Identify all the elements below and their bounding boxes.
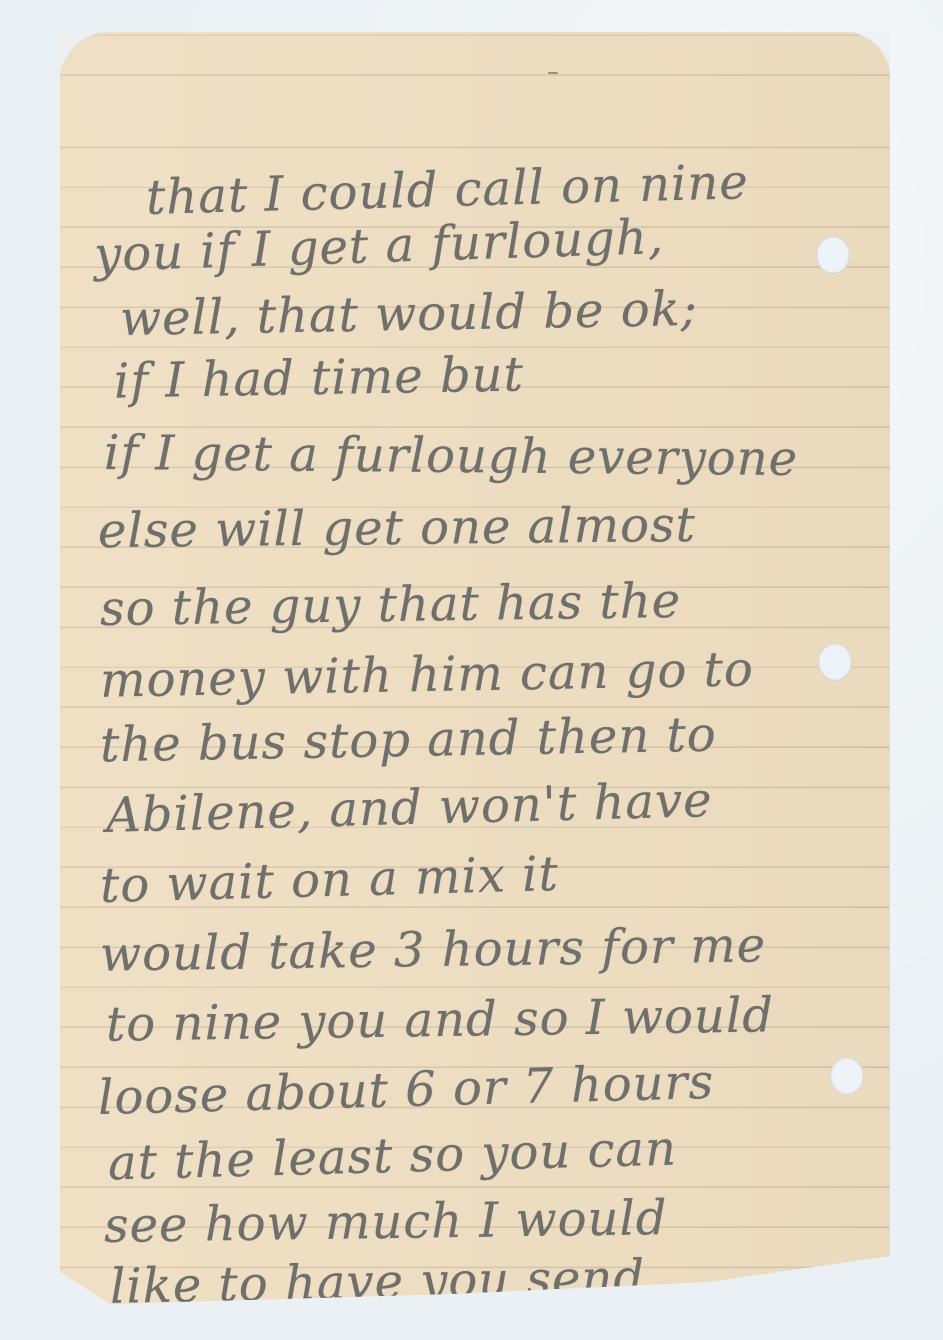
text-line-9: the bus stop and then to bbox=[100, 707, 718, 774]
text-line-16: see how much I would bbox=[104, 1190, 668, 1254]
text-line-15: at the least so you can bbox=[107, 1121, 677, 1192]
handwritten-text: that I could call on nine you if I get a… bbox=[60, 32, 890, 1304]
text-line-7: so the guy that has the bbox=[100, 573, 682, 637]
text-line-10: Abilene, and won't have bbox=[105, 772, 713, 844]
text-line-4: if I had time but bbox=[114, 346, 525, 409]
text-line-11: to wait on a mix it bbox=[99, 846, 559, 914]
text-line-5: if I get a furlough everyone bbox=[104, 425, 799, 487]
text-line-6: else will get one almost bbox=[98, 497, 696, 559]
text-line-13: to nine you and so I would bbox=[106, 987, 775, 1052]
letter-page: that I could call on nine you if I get a… bbox=[60, 32, 890, 1304]
text-line-12: would take 3 hours for me bbox=[100, 917, 767, 982]
text-line-3: well, that would be ok; bbox=[120, 281, 699, 347]
punch-hole-top bbox=[816, 236, 850, 274]
text-line-14: loose about 6 or 7 hours bbox=[97, 1054, 714, 1126]
punch-hole-bottom bbox=[830, 1057, 864, 1095]
text-line-8: money with him can go to bbox=[100, 641, 755, 708]
punch-hole-middle bbox=[818, 643, 852, 681]
